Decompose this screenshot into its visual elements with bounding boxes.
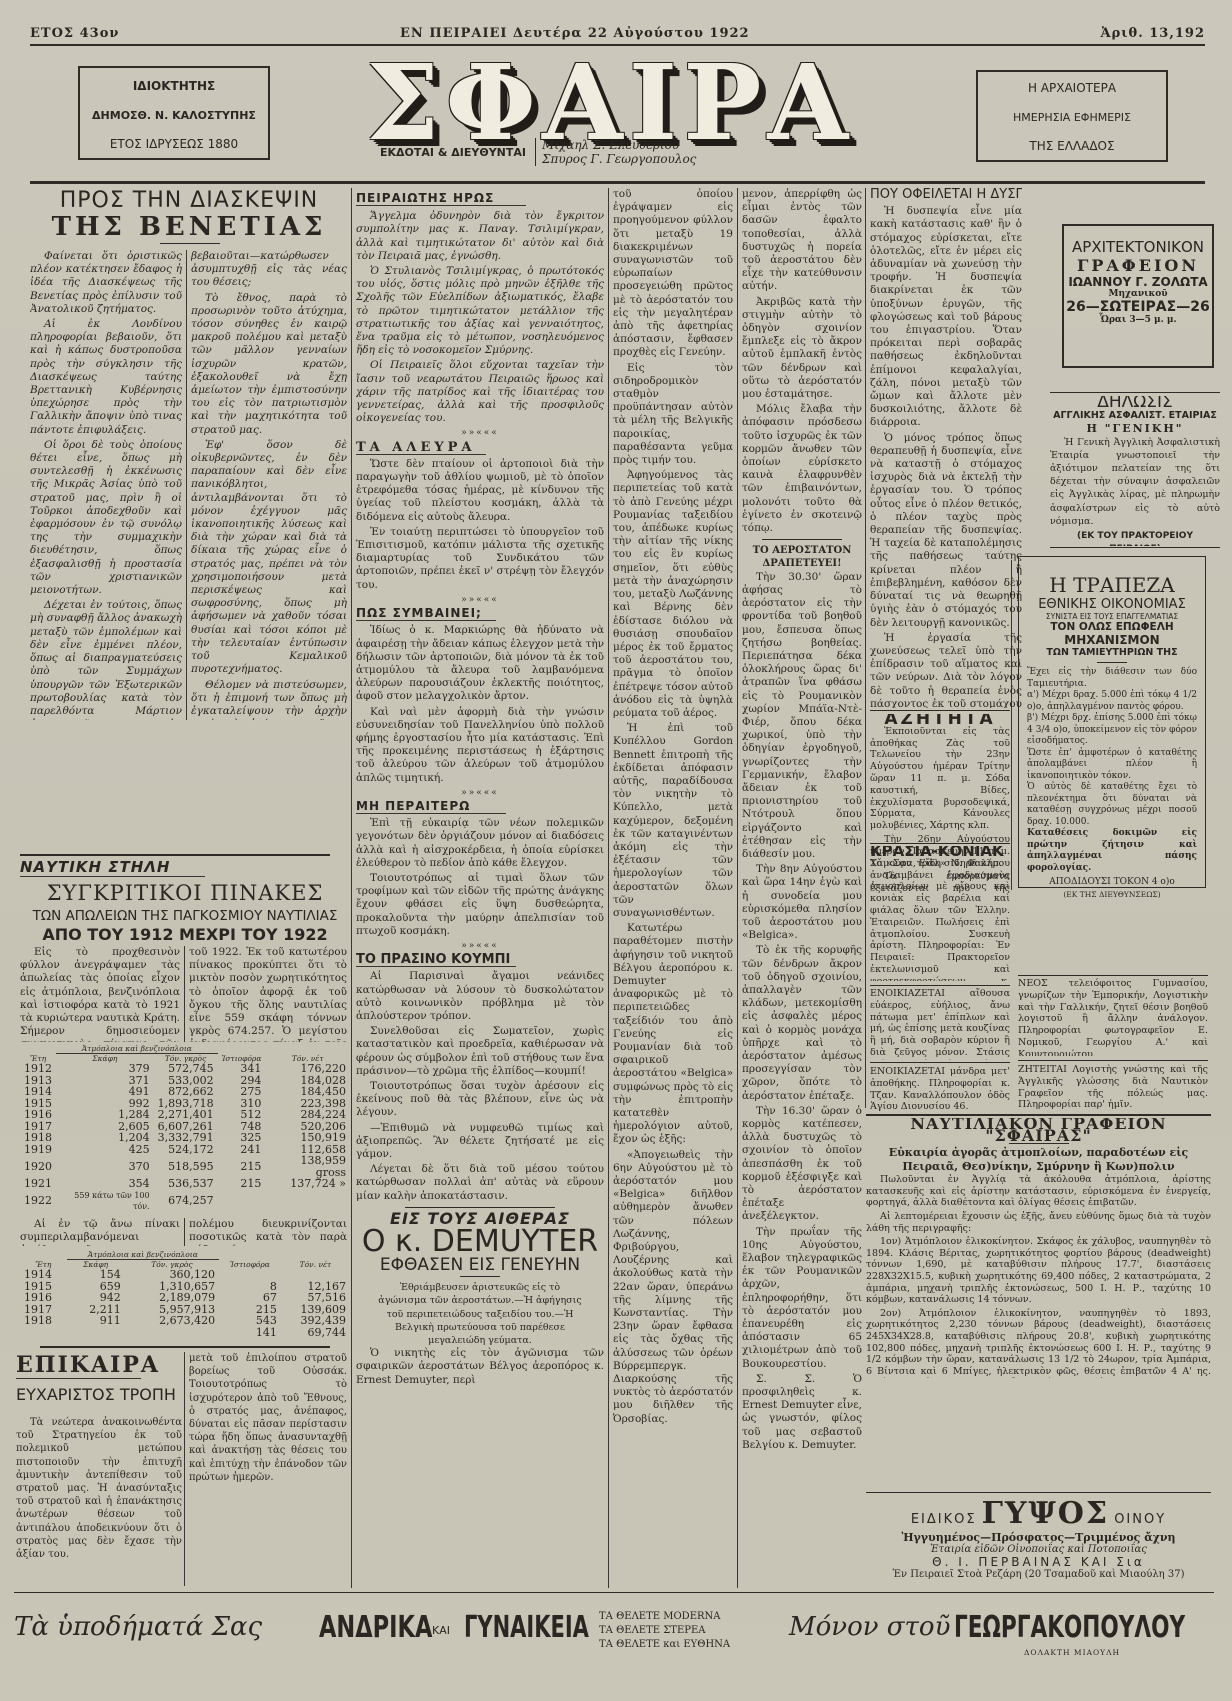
tagline-line-1: Η ΑΡΧΑΙΟΤΕΡΑ [978, 74, 1166, 103]
nautical-intro-1: Εἰς τὸ προχθεσινὸν φύλλον ἀνεγράψαμεν τὰ… [20, 946, 180, 1042]
paragraph: τοῦ ὁποίου ἐγράψαμεν εἰς προηγούμενον φύ… [613, 188, 733, 360]
paragraph: ΝΕΟΣ τελειόφοιτος Γυμνασίου, γνωρίζων τὴ… [1018, 978, 1208, 1056]
paragraph: τοῦ 1922. Ἐκ τοῦ κατωτέρου πίνακος προκύ… [189, 946, 347, 1042]
paragraph: Ὥστε δὲν πταίουν οἱ ἀρτοποιοὶ διὰ τὴν πα… [356, 458, 604, 524]
column-divider [865, 188, 866, 1108]
ad-architect: ΑΡΧΙΤΕΚΤΟΝΙΚΟΝ ΓΡΑΦΕΙΟΝ ΙΩΑΝΝΟΥ Γ. ΖΟΛΩΤ… [1062, 224, 1214, 368]
table-cell: 543 [219, 1315, 281, 1327]
paragraph: Τὸ «Σαν τράλ» Ν. Φαλήρου ἀναλαμβάνει ἐφο… [870, 858, 1010, 981]
article-title: Ο κ. DEMUYTER [356, 1225, 604, 1259]
table-cell: 1919 [20, 1144, 56, 1156]
table-row: 1914491872,662275184,450 [20, 1086, 350, 1098]
paragraph: Οἱ Πειραιεῖς ὅλοι εὔχονται ταχεῖαν τὴν ἴ… [356, 359, 604, 425]
article-deck: Ἐθριάμβευσεν ἀριστευκῶς εἰς τὸ ἀγώνισμα … [356, 1281, 604, 1347]
ad-line: ΤΩΝ ΤΑΜΙΕΥΤΗΡΙΩΝ ΤΗΣ [1019, 647, 1205, 658]
table-cell: 379 [56, 1063, 154, 1075]
founded-year: ΕΤΟΣ ΙΔΡΥΣΕΩΣ 1880 [80, 130, 268, 159]
paragraph: ΖΗΤΕΙΤΑΙ Λογιστὴς γνώστης καὶ τῆς Ἀγγλικ… [1018, 1064, 1208, 1111]
ad-men: ΑΝΔΡΙΚΑ [319, 1610, 432, 1645]
ad-subtitle: Εὐκαιρία ἀγορᾶς ἀτμοπλοίων, παραδοτέων ε… [866, 1146, 1211, 1174]
ad-title: ΓΥΨΟΣ [982, 1496, 1109, 1531]
article-title: ΤΑ ΑΛΕΥΡΑ [356, 441, 486, 455]
epikaira-col-1: Τὰ νεώτερα ἀνακοινωθέντα τοῦ Στρατηγείου… [16, 1416, 182, 1586]
ad-rule [870, 710, 1010, 711]
ad-rent-1: ΕΝΟΙΚΙΑΖΕΤΑΙ αἴθουσα εὐάερος, εὐήλιος, ἄ… [870, 988, 1010, 1060]
ad-women: ΓΥΝΑΙΚΕΙΑ [464, 1610, 589, 1645]
ad-rule [866, 1492, 1211, 1493]
paragraph: Τὰ νεώτερα ἀνακοινωθέντα τοῦ Στρατηγείου… [16, 1416, 182, 1561]
editor-2: Σπυρος Γ. Γεωργοπουλος [542, 152, 722, 166]
table-cell: 370 [56, 1155, 154, 1178]
table-cell: 67 [219, 1292, 281, 1304]
article-epikaira: ΕΠΙΚΑΙΡΑ ΕΥΧΑΡΙΣΤΟΣ ΤΡΟΠΗ [16, 1352, 186, 1404]
table-cell [67, 1327, 125, 1339]
paragraph: Τὸ ἐκ τῆς κορυφῆς τῶν δένδρων ἄκρον τοῦ … [742, 944, 862, 1102]
ad-rule [1050, 392, 1220, 393]
paragraph: πολέμου διευκρινίζονται ποσοτικῶς κατὰ τ… [189, 1218, 347, 1246]
article-subtitle: ΕΦΘΑΣΕΝ ΕΙΣ ΓΕΝΕΥΗΝ [356, 1259, 604, 1272]
paragraph: Τοιουτοτρόπως αἱ τιμαὶ ὅλων τῶν τροφίμων… [356, 872, 604, 938]
ad-gypsum: ΕΙΔΙΚΟΣ ΓΥΨΟΣ ΟΙΝΟΥ Ἠγγυημένος—Πρόσφατος… [866, 1496, 1211, 1588]
title-rule [1009, 1143, 1069, 1144]
column-divider [351, 188, 352, 1588]
nautical-mid-2: πολέμου διευκρινίζονται ποσοτικῶς κατὰ τ… [189, 1218, 347, 1246]
nautical-intro-2: τοῦ 1922. Ἐκ τοῦ κατωτέρου πίνακος προκύ… [189, 946, 347, 1042]
column-3: ΠΕΙΡΑΙΩΤΗΣ ΗΡΩΣ Ἄγγελμα ὀδυνηρὸν διὰ τὸν… [356, 188, 604, 1588]
paragraph: Τὴν 8ην Αὐγούστου καὶ ὥρα 14ην ἐγὼ καὶ ἡ… [742, 863, 862, 942]
ad-shoes-banner: Τὰ ὑποδήματά Σας ΑΝΔΡΙΚΑ ΚΑΙ ΓΥΝΑΙΚΕΙΑ Τ… [14, 1610, 1214, 1670]
paragraph: Ἡ Γενικὴ Ἀγγλικὴ Ἀσφαλιστικὴ Ἑταιρία γνω… [1050, 436, 1220, 528]
ad-bank: Η ΤΡΑΠΕΖΑ ΕΘΝΙΚΗΣ ΟΙΚΟΝΟΜΙΑΣ ΣΥΝΙΣΤΑ ΕΙΣ… [1018, 556, 1206, 888]
ad-source: (ΕΚ ΤΗΣ ΔΙΕΥΘΥΝΣΕΩΣ) [1027, 889, 1197, 901]
table-cell [125, 1327, 219, 1339]
paragraph: μενον, ἀπερρίφθη ὡς εἶμαι ἐντὸς τῶν δασῶ… [742, 188, 862, 294]
newspaper-page: ΕΤΟΣ 43ον ΕΝ ΠΕΙΡΑΙΕΙ Δευτέρα 22 Αὐγούστ… [0, 0, 1232, 1701]
ad-source: (ΕΚ ΤΟΥ ΠΡΑΚΤΟΡΕΙΟΥ ΠΕΙΡΑΙΩΣ) [1050, 530, 1220, 546]
masthead-rule [30, 181, 1205, 184]
subhead: ΤΟ ΑΕΡΟΣΤΑΤΟΝ ΔΡΑΠΕΤΕΥΕΙ! [742, 544, 862, 570]
paragraph: Θέλομεν νὰ πιστεύσωμεν, ὅτι ἡ ἐπιμονή τω… [191, 679, 347, 721]
demuyter-col-b: μενον, ἀπερρίφθη ὡς εἶμαι ἐντὸς τῶν δασῶ… [742, 188, 862, 1588]
title-rule [762, 539, 842, 540]
table-group-header: Ἀτμόπλοια καὶ βενζινόπλοια [56, 1044, 218, 1054]
column-divider [184, 1218, 185, 1246]
ornament: »»««« [356, 787, 604, 800]
paragraph: Ἄγγελμα ὀδυνηρὸν διὰ τὸν ἔγκριτον συμπολ… [356, 210, 604, 263]
editor-1: Μιχαηλ Σ. Ελευθεριου [542, 138, 722, 152]
owner-name: ΔΗΜΟΣΘ. Ν. ΚΑΛΟΣΤΥΠΗΣ [80, 101, 268, 130]
paragraph: Ἐπὶ τῇ εὐκαιρίᾳ τῶν νέων πολεμικῶν γεγον… [356, 817, 604, 870]
ad-lead: Τὰ ὑποδήματά Σας [14, 1612, 262, 1642]
ad-line: ΜΗΧΑΝΙΣΜΟΝ [1019, 633, 1205, 647]
table-cell: 1916 [20, 1292, 67, 1304]
war-losses-table: Ἀτμόπλοια καὶ βενζινόπλοιαἜτηΣκάφηΤόν. γ… [20, 1250, 350, 1338]
paragraph: Ὁ Στυλιανὸς Τσιλιμίγκρας, ὁ πρωτότοκός τ… [356, 265, 604, 357]
ad-line: Ἠγγυημένος—Πρόσφατος—Τριμμένος ἄχνη [866, 1531, 1211, 1544]
article-title: ΜΗ ΠΕΡΑΙΤΕΡΩ [356, 800, 506, 814]
ad-suffix: ΟΙΝΟΥ [1114, 1512, 1166, 1527]
table-row: 14169,744 [20, 1327, 350, 1339]
table-cell: 1918 [20, 1132, 56, 1144]
table-cell: 3,332,791 [154, 1132, 218, 1144]
ad-line: ΣΥΝΙΣΤΑ ΕΙΣ ΤΟΥΣ ΕΠΑΓΓΕΛΜΑΤΙΑΣ [1019, 612, 1205, 621]
table-cell: 1918 [20, 1315, 67, 1327]
article-subtitle: ΤΩΝ ΑΠΩΛΕΙΩΝ ΤΗΣ ΠΑΓΚΟΣΜΙΟΥ ΝΑΥΤΙΛΙΑΣ [20, 908, 350, 924]
ad-line: Ἑταιρία εἰδῶν Οἰνοποιΐας καὶ Ποτοποιΐας [866, 1544, 1211, 1555]
table-group-header: Ἀτμόπλοια καὶ βενζινόπλοια [67, 1250, 220, 1260]
ad-body: α') Μέχρι δραχ. 5.000 ἐπὶ τόκῳ 4 1/2 ο)ο… [1027, 690, 1197, 713]
paragraph: Εἰς τὸ προχθεσινὸν φύλλον ἀνεγράψαμεν τὰ… [20, 946, 180, 1042]
paragraph: Ἀκριβῶς κατὰ τὴν στιγμὴν αὐτὴν τὸ ὀδηγὸν… [742, 296, 862, 402]
paragraph: Τὴν 16.30' ὥραν ὁ κορμὸς κατέπεσεν, ἀλλὰ… [742, 1105, 862, 1224]
ad-rule [1018, 975, 1208, 976]
owner-label: ΙΔΙΟΚΤΗΤΗΣ [80, 72, 268, 101]
article-subtitle-2: ΑΠΟ ΤΟΥ 1912 ΜΕΧΡΙ ΤΟΥ 1922 [20, 925, 350, 944]
table-cell: 2,673,420 [125, 1315, 219, 1327]
title-rule [160, 243, 220, 244]
paragraph: 1ον) Ἀτμόπλοιον ἑλικοκίνητον. Σκάφος ἐκ … [866, 1236, 1211, 1306]
ad-wine: ΚΡΑΣΙΑ-ΚΟΝΙΑΚ Τὸ «Σαν τράλ» Ν. Φαλήρου ἀ… [870, 846, 1010, 981]
editors-names: Μιχαηλ Σ. Ελευθεριου Σπυρος Γ. Γεωργοπου… [535, 138, 722, 166]
ad-line: ΤΟΝ ΟΛΩΣ ΕΠΩΦΕΛΗ [1019, 621, 1205, 633]
table-cell: 241 [218, 1144, 266, 1156]
section-rule [40, 1346, 330, 1348]
editors-label: ΕΚΔΟΤΑΙ & ΔΙΕΥΘΥΝΤΑΙ [380, 146, 526, 159]
ad-address: Ἐν Πειραιεῖ Στοὰ Ρεζάρη (20 Τσαμαδοῦ καὶ… [866, 1569, 1211, 1580]
article-title: ΣΥΓΚΡΙΤΙΚΟΙ ΠΙΝΑΚΕΣ [20, 881, 350, 905]
paragraph: Εἰς τὸν σιδηροδρομικὸν σταθμὸν προϋπάντη… [613, 362, 733, 468]
table-row: 19169422,189,0796757,516 [20, 1292, 350, 1304]
epikaira-col-2: μετὰ τοῦ ἐπιλοίπου στρατοῦ βορείως τοῦ Ο… [189, 1352, 347, 1586]
table-cell: 512 [218, 1109, 266, 1121]
column-divider [608, 188, 609, 1588]
table-row: 19189112,673,420543392,439 [20, 1315, 350, 1327]
paragraph: Τοιουτοτρόπως ὅσαι τυχὸν ἀρέσουν εἰς ἐκε… [356, 1080, 604, 1120]
ad-title: ΔΗΛΩΣΙΣ [1050, 396, 1220, 409]
ad-rule [1050, 547, 1220, 548]
ad-line: Θ. Ι. ΠΕΡΒΑΙΝΑΣ ΚΑΙ Σια [866, 1555, 1211, 1569]
table-cell: 1914 [20, 1269, 67, 1281]
column-divider [184, 1352, 185, 1586]
paragraph: Σ. Σ. Ὁ προσφιληθεὶς κ. Ernest Demuyter … [742, 1373, 862, 1452]
paragraph: Αἱ Παρισιναὶ ἄγαμοι νεάνιδες κατώρθωσαν … [356, 970, 604, 1023]
ad-rule [870, 843, 1010, 844]
paragraph: Τὴν 30.30' ὥραν ἀφήσας τὸ ἀερόστατον εἰς… [742, 571, 862, 861]
table-header: Ἱστιοφόρα [219, 1260, 281, 1270]
table-cell: 150,919 [265, 1132, 350, 1144]
ad-name: Η "ΓΕΝΙΚΗ" [1050, 422, 1220, 435]
tagline-line-3: ΤΗΣ ΕΛΛΑΔΟΣ [978, 132, 1166, 161]
ad-rule [866, 1114, 1211, 1116]
paragraph: μετὰ τοῦ ἐπιλοίπου στρατοῦ βορείως τοῦ Ο… [189, 1352, 347, 1484]
ad-title: ΚΡΑΣΙΑ-ΚΟΝΙΑΚ [870, 846, 1010, 858]
column-divider [737, 188, 738, 1588]
issue-number: Ἀριθ. 13,192 [1101, 26, 1206, 41]
ad-declaration: ΔΗΛΩΣΙΣ ΑΓΓΛΙΚΗΣ ΑΣΦΑΛΙΣΤ. ΕΤΑΙΡΙΑΣ Η "Γ… [1050, 396, 1220, 546]
table-row: 1920370518,595215138,959 gross [20, 1155, 350, 1178]
paragraph: Συνελθοῦσαι εἰς Σωματεῖον, χωρὶς καταστα… [356, 1025, 604, 1078]
paragraph: Ἀφηγούμενος τὰς περιπετείας τοῦ κατὰ τὸ … [613, 469, 733, 720]
ad-young: ΝΕΟΣ τελειόφοιτος Γυμνασίου, γνωρίζων τὴ… [1018, 978, 1208, 1056]
table-cell: 215 [218, 1178, 266, 1190]
table-cell [265, 1190, 350, 1213]
venice-col-2: βεβαιοῦται—κατώρθωσεν ἀσυμπτυχθῇ εἰς τὰς… [191, 250, 347, 720]
table-cell: 215 [218, 1155, 266, 1178]
article-title: ΠΕΙΡΑΙΩΤΗΣ ΗΡΩΣ [356, 192, 526, 206]
table-cell: 559 κάτω τῶν 100 τόν. [56, 1190, 154, 1213]
paragraph: Πωλοῦνται ἐν Ἀγγλίᾳ τὰ ἀκόλουθα ἀτμόπλοι… [866, 1174, 1211, 1209]
table-cell: 942 [67, 1292, 125, 1304]
column-divider [186, 250, 187, 720]
ad-body: β') Μέχρι δρχ. ἐπίσης 5.000 ἐπὶ τόκῳ 4 3… [1027, 713, 1197, 748]
article-title: ΤΟ ΠΡΑΣΙΝΟ ΚΟΥΜΠΙ [356, 953, 516, 967]
table-row: 1912379572,745341176,220 [20, 1063, 350, 1075]
ad-and: ΚΑΙ [432, 1624, 450, 1637]
table-cell: 137,724 » [265, 1178, 350, 1190]
ad-line: ΑΡΧΙΤΕΚΤΟΝΙΚΟΝ [1064, 238, 1212, 256]
paragraph: Ἡ ἐργασία τῆς χωνεύσεως τελεῖ ὑπὸ τὴν ἐπ… [870, 632, 1022, 708]
table-cell: 2,189,079 [125, 1292, 219, 1304]
article-title: ΠΩΣ ΣΥΜΒΑΙΝΕΙ; [356, 607, 496, 621]
article-title: ΑΖΗΤΗΤΑ [870, 714, 1010, 726]
paragraph: ΕΝΟΙΚΙΑΖΕΤΑΙ αἴθουσα εὐάερος, εὐήλιος, ἄ… [870, 988, 1010, 1060]
table-cell: 1921 [20, 1178, 56, 1190]
losses-table-2: Ἀτμόπλοια καὶ βενζινόπλοιαἜτηΣκάφηΤόν. γ… [20, 1250, 350, 1338]
ad-shop-name: ΓΕΩΡΓΑΚΟΠΟΥΛΟΥ [954, 1610, 1185, 1645]
article-title: ΕΥΧΑΡΙΣΤΟΣ ΤΡΟΠΗ [16, 1385, 186, 1404]
paragraph: Ἐν τοιαύτῃ περιπτώσει τὸ ὑπουργεῖον τοῦ … [356, 526, 604, 592]
title-rule [405, 1207, 555, 1208]
section-label: ΕΠΙΚΑΙΡΑ [16, 1352, 141, 1379]
table-cell: 536,537 [154, 1178, 218, 1190]
paragraph: 2ον) Ἀτμόπλοιον ἑλικοκίνητον, ναυπηγηθὲν… [866, 1308, 1211, 1378]
ad-tag: ΤΑ ΘΕΛΕΤΕ ΣΤΕΡΕΑ [599, 1624, 730, 1638]
ad-body: Καταθέσεις δοκιμῶν εἰς πρώτην ζήτησιν κα… [1027, 828, 1197, 874]
table-row: 19161,2842,271,401512284,224 [20, 1109, 350, 1121]
paragraph: Ἰδίως ὁ κ. Μαρκιώρης θὰ ἠδύνατο νὰ ἀφαιρ… [356, 624, 604, 703]
paragraph: «Ἀπογειωθεὶς τὴν 6ην Αὐγούστου μὲ τὸ ἀερ… [613, 1149, 733, 1426]
ad-wanted: ΖΗΤΕΙΤΑΙ Λογιστὴς γνώστης καὶ τῆς Ἀγγλικ… [1018, 1064, 1208, 1114]
table-cell: 284,224 [265, 1109, 350, 1121]
table-cell: 491 [56, 1086, 154, 1098]
table-cell [281, 1269, 350, 1281]
ad-shipping-office: ΝΑΥΤΙΛΙΑΚΟΝ ΓΡΑΦΕΙΟΝ "ΣΦΑΙΡΑΣ" Εὐκαιρία … [866, 1118, 1211, 1378]
paragraph: Αἱ ἐκ Λονδίνου πληροφορίαι βεβαιοῦν, ὅτι… [30, 318, 182, 437]
table-cell: 354 [56, 1178, 154, 1190]
table-cell: 154 [67, 1269, 125, 1281]
ad-body: Ὥστε ἐπ' ἀμφοτέρων ὁ καταθέτης ἀπολαμβάν… [1027, 748, 1197, 783]
venice-col-1: Φαίνεται ὅτι ὁριστικῶς πλέον κατέκτησεν … [30, 250, 182, 720]
nautical-mid-1: Αἱ ἐν τῷ ἄνω πίνακι συμπεριλαμβανόμεναι … [20, 1218, 180, 1246]
dateline-bar: ΕΤΟΣ 43ον ΕΝ ΠΕΙΡΑΙΕΙ Δευτέρα 22 Αὐγούστ… [30, 22, 1205, 42]
table-cell: 572,745 [154, 1063, 218, 1075]
table-cell: 1914 [20, 1086, 56, 1098]
paragraph: Καὶ ναὶ μὲν ἀφορμὴ διὰ τὴν γνώσιν εὐσυνε… [356, 706, 604, 785]
ad-body: Ἔχει εἰς τὴν διάθεσιν των δύο Ταμιευτήρι… [1027, 667, 1197, 690]
section-rule [20, 854, 330, 856]
bottom-rule [14, 1592, 1214, 1593]
table-cell: 69,744 [281, 1327, 350, 1339]
paragraph: Αἱ λεπτομέρειαι ἔχουσιν ὡς ἑξῆς, ἄνευ εὐ… [866, 1211, 1211, 1234]
ad-title: ΝΑΥΤΙΛΙΑΚΟΝ ΓΡΑΦΕΙΟΝ "ΣΦΑΙΡΑΣ" [866, 1118, 1211, 1141]
table-cell: 1916 [20, 1109, 56, 1121]
paragraph: —Ἐπιθυμῶ νὰ νυμφευθῶ τιμίως καὶ ἀξιοπρεπ… [356, 1122, 604, 1162]
ad-hours: Ὧραι 3—5 μ. μ. [1064, 315, 1212, 325]
dateline: ΕΝ ΠΕΙΡΑΙΕΙ Δευτέρα 22 Αὐγούστου 1922 [400, 26, 750, 41]
paragraph: Αἱ ἐν τῷ ἄνω πίνακι συμπεριλαμβανόμεναι … [20, 1218, 180, 1246]
table-cell [219, 1269, 281, 1281]
table-cell: 911 [67, 1315, 125, 1327]
paragraph: Ὁ νικητὴς εἰς τὸν ἀγῶνισμα τῶν σφαιρικῶν… [356, 1347, 604, 1387]
table-header: Τόν. νέτ [281, 1260, 350, 1270]
article-title: ΠΡΟΣ ΤΗΝ ΔΙΑΣΚΕΨΙΝ [30, 188, 348, 213]
table-cell: 872,662 [154, 1086, 218, 1098]
table-cell: 57,516 [281, 1292, 350, 1304]
ad-line: ΓΡΑΦΕΙΟΝ [1064, 256, 1212, 275]
table-cell: 275 [218, 1086, 266, 1098]
paragraph: Ἐφ' ὅσον δὲ οἰκυβερνῶντες, ἐν δὲν παραπα… [191, 439, 347, 677]
table-cell: 524,172 [154, 1144, 218, 1156]
table-cell: 341 [218, 1063, 266, 1075]
paragraph: Λέγεται δὲ ὅτι διὰ τοῦ μέσου τούτου κατώ… [356, 1163, 604, 1203]
table-cell: 1,284 [56, 1109, 154, 1121]
paragraph: βεβαιοῦται—κατώρθωσεν ἀσυμπτυχθῇ εἰς τὰς… [191, 250, 347, 290]
tagline-line-2: ΗΜΕΡΗΣΙΑ ΕΦΗΜΕΡΙΣ [978, 103, 1166, 132]
table-cell: 141 [219, 1327, 281, 1339]
ad-line: ΕΘΝΙΚΗΣ ΟΙΚΟΝΟΜΙΑΣ [1019, 597, 1205, 612]
table-cell: 392,439 [281, 1315, 350, 1327]
table-cell: 176,220 [265, 1063, 350, 1075]
paragraph: Οἱ ὅροι δὲ τοὺς ὁποίους θέτει εἶνε, ὅπως… [30, 439, 182, 597]
ad-rule [870, 1062, 1010, 1063]
table-cell: 138,959 gross [265, 1155, 350, 1178]
table-cell: 360,120 [125, 1269, 219, 1281]
table-cell: 1912 [20, 1063, 56, 1075]
paragraph: ΕΝΟΙΚΙΑΖΕΤΑΙ μάνδρα μετ' ἀποθήκης. Πληρο… [870, 1066, 1010, 1113]
ad-tag: ΤΑ ΘΕΛΕΤΕ MODERNA [599, 1610, 730, 1624]
paragraph: Κατωτέρω παραθέτομεν πιστὴν ἀφήγησιν τοῦ… [613, 922, 733, 1146]
ad-rule [870, 985, 1010, 986]
losses-table-1: Ἀτμόπλοια καὶ βενζινόπλοιαἜτηΣκάφηΤόν. γ… [20, 1044, 350, 1213]
ad-address: 26—ΣΩΤΕΙΡΑΣ—26 [1064, 299, 1212, 315]
table-cell: 184,450 [265, 1086, 350, 1098]
table-cell [218, 1190, 266, 1213]
title-rule [460, 1276, 500, 1277]
section-label: ΝΑΥΤΙΚΗ ΣΤΗΛΗ [20, 858, 205, 877]
ad-line: Μηχανικοῦ [1064, 289, 1212, 299]
paragraph: Ὁ μόνος τρόπος ὅπως θεραπευθῇ ἡ δυσπεψία… [870, 432, 1022, 630]
paragraph: Ἡ δυσπεψία εἶνε μία κακὴ κατάστασις καθ'… [870, 205, 1022, 429]
losses-table: Ἀτμόπλοια καὶ βενζινόπλοιαἜτηΣκάφηΤόν. γ… [20, 1044, 350, 1213]
ad-tag: ΤΑ ΘΕΛΕΤΕ και ΕΥΘΗΝΑ [599, 1638, 730, 1652]
table-cell [20, 1327, 67, 1339]
paragraph: Τὴν πρωΐαν τῆς 10ης Αὐγούστου, ἔλαβον τη… [742, 1226, 862, 1371]
ad-title: Η ΤΡΑΠΕΖΑ [1019, 573, 1205, 597]
table-row: 19181,2043,332,791325150,919 [20, 1132, 350, 1144]
ad-rate: ΑΠΟΔΙΔΟΥΣΙ ΤΟΚΟΝ 4 ο)ο [1027, 877, 1197, 889]
paragraph: Τὸ ἔθνος, παρὰ τὸ προσωρινὸν τοῦτο ἀτύχη… [191, 292, 347, 437]
table-cell: 518,595 [154, 1155, 218, 1178]
owner-box: ΙΔΙΟΚΤΗΤΗΣ ΔΗΜΟΣΘ. Ν. ΚΑΛΟΣΤΥΠΗΣ ΕΤΟΣ ΙΔ… [78, 66, 270, 160]
ad-rule [1018, 1060, 1208, 1061]
ad-shop-address: ΔΟΛΑΚΤΗ ΜΙΑΟΥΛΗ [1024, 1648, 1120, 1657]
table-cell: 1,204 [56, 1132, 154, 1144]
table-cell: 425 [56, 1144, 154, 1156]
ad-only: Μόνον στοῦ [789, 1612, 950, 1642]
paragraph: Μόλις ἔλαβα τὴν ἀπόφασιν πρόσδεσω τοῦτο … [742, 403, 862, 535]
table-cell: 325 [218, 1132, 266, 1144]
article-dyspepsia: ΠΟΥ ΟΦΕΙΛΕΤΑΙ Η ΔΥΣΠΕΨΙΑ Ἡ δυσπεψία εἶνε… [870, 188, 1022, 708]
paragraph: Ἡ ἐπὶ τοῦ Κυπέλλου Gordon Bennett ἐπιτρο… [613, 722, 733, 920]
table-row: 1922559 κάτω τῶν 100 τόν.674,257 [20, 1190, 350, 1213]
table-row: 1921354536,537215137,724 » [20, 1178, 350, 1190]
article-venice: ΠΡΟΣ ΤΗΝ ΔΙΑΣΚΕΨΙΝ ΤΗΣ ΒΕΝΕΤΙΑΣ [30, 188, 348, 248]
paragraph: Φαίνεται ὅτι ὁριστικῶς πλέον κατέκτησεν … [30, 250, 182, 316]
table-cell: 674,257 [154, 1190, 218, 1213]
column-divider [184, 946, 185, 1042]
year-label: ΕΤΟΣ 43ον [30, 26, 119, 41]
ad-subtitle: ΑΓΓΛΙΚΗΣ ΑΣΦΑΛΙΣΤ. ΕΤΑΙΡΙΑΣ [1050, 409, 1220, 422]
editors-line: ΕΚΔΟΤΑΙ & ΔΙΕΥΘΥΝΤΑΙ Μιχαηλ Σ. Ελευθεριο… [380, 146, 526, 159]
table-row: 1914154360,120 [20, 1269, 350, 1281]
ad-line: ΙΩΑΝΝΟΥ Γ. ΖΟΛΩΤΑ [1064, 275, 1212, 289]
article-nautical: ΝΑΥΤΙΚΗ ΣΤΗΛΗ ΣΥΓΚΡΙΤΙΚΟΙ ΠΙΝΑΚΕΣ ΤΩΝ ΑΠ… [20, 858, 350, 944]
ad-prefix: ΕΙΔΙΚΟΣ [911, 1512, 977, 1527]
table-cell: 1920 [20, 1155, 56, 1178]
table-cell: 1922 [20, 1190, 56, 1213]
title-rule [1097, 662, 1127, 663]
tagline-box: Η ΑΡΧΑΙΟΤΕΡΑ ΗΜΕΡΗΣΙΑ ΕΦΗΜΕΡΙΣ ΤΗΣ ΕΛΛΑΔ… [976, 70, 1168, 162]
article-title-2: ΤΗΣ ΒΕΝΕΤΙΑΣ [30, 213, 348, 241]
ornament: »»««« [356, 427, 604, 440]
ad-rent-2: ΕΝΟΙΚΙΑΖΕΤΑΙ μάνδρα μετ' ἀποθήκης. Πληρο… [870, 1066, 1010, 1116]
article-title: ΠΟΥ ΟΦΕΙΛΕΤΑΙ Η ΔΥΣΠΕΨΙΑ [870, 188, 1022, 201]
table-cell: 2,271,401 [154, 1109, 218, 1121]
ad-body: Ὁ αὐτὸς δὲ καταθέτης ἔχει τὸ πλεονέκτημα… [1027, 782, 1197, 828]
paragraph: Δέχεται ἐν τούτοις, ὅπως μὴ συναφθῇ ἄλλο… [30, 599, 182, 720]
paragraph: Ἐκποιοῦνται εἰς τὰς ἀποθήκας Ζὰς τοῦ Τελ… [870, 726, 1010, 832]
demuyter-col-a: τοῦ ὁποίου ἐγράψαμεν εἰς προηγούμενον φύ… [613, 188, 733, 1588]
